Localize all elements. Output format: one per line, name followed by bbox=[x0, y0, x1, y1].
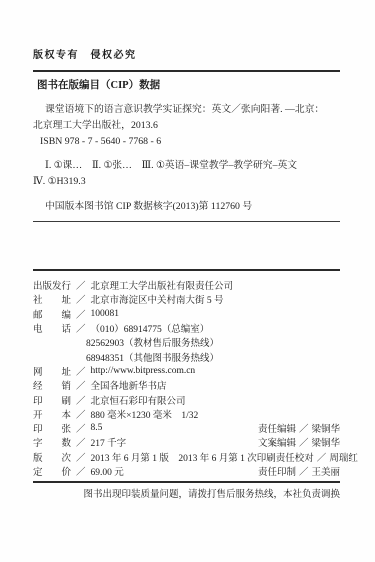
row-label: 定 价 bbox=[33, 464, 73, 478]
row-value: http://www.bitpress.com.cn bbox=[91, 366, 196, 376]
row-separator: ／ bbox=[76, 393, 86, 407]
row-separator: ／ bbox=[76, 278, 86, 292]
cip-record-number: 中国版本图书馆 CIP 数据核字(2013)第 112760 号 bbox=[45, 199, 340, 215]
classification-line-1: Ⅰ. ①课… Ⅱ. ①张… Ⅲ. ①英语–课堂教学–教学研究–英文 bbox=[45, 158, 340, 174]
isbn-line: ISBN 978 - 7 - 5640 - 7768 - 6 bbox=[40, 134, 340, 150]
row-separator: ／ bbox=[76, 364, 86, 378]
staff-role: 责任校对 bbox=[276, 450, 314, 464]
cip-title-line-2: 北京理工大学出版社，2013.6 bbox=[33, 118, 340, 134]
row-label: 经 销 bbox=[33, 378, 73, 392]
cip-title-paragraph: 课堂语境下的语言意识教学实证探究：英文／张向阳著. —北京： 北京理工大学出版社… bbox=[33, 102, 340, 150]
staff-entry-proofreader: 责任校对 ／ 周瑞红 bbox=[276, 450, 358, 464]
publisher-row-price: 定 价 ／ 69.00 元 责任印制 ／ 王美丽 bbox=[33, 464, 340, 478]
row-label: 印 张 bbox=[33, 421, 73, 435]
cip-block: 课堂语境下的语言意识教学实证探究：英文／张向阳著. —北京： 北京理工大学出版社… bbox=[33, 102, 340, 215]
row-value: 8.5 bbox=[91, 423, 103, 433]
row-label: 印 刷 bbox=[33, 393, 73, 407]
publisher-row-address: 社 址 ／ 北京市海淀区中关村南大街 5 号 bbox=[33, 292, 340, 306]
staff-entry-copy-editor: 文案编辑 ／ 梁铜华 bbox=[258, 435, 340, 449]
row-label: 电 话 bbox=[33, 321, 73, 335]
staff-separator: ／ bbox=[299, 464, 309, 478]
row-value: 100081 bbox=[91, 309, 120, 319]
divider-publisher-top bbox=[33, 269, 340, 271]
row-value: 68948351（其他图书服务热线） bbox=[86, 350, 219, 364]
row-separator: ／ bbox=[76, 421, 86, 435]
publisher-row-phone: 电 话 ／ （010）68914775（总编室） bbox=[33, 321, 340, 335]
quality-note: 图书出现印装质量问题，请拨打售后服务热线，本社负责调换 bbox=[33, 488, 340, 502]
staff-role: 文案编辑 bbox=[258, 435, 296, 449]
publisher-row-sheets: 印 张 ／ 8.5 责任编辑 ／ 梁铜华 bbox=[33, 421, 340, 435]
staff-entry-editor: 责任编辑 ／ 梁铜华 bbox=[258, 421, 340, 435]
row-value: 880 毫米×1230 毫米 1/32 bbox=[91, 407, 199, 421]
publisher-row-website: 网 址 ／ http://www.bitpress.com.cn bbox=[33, 364, 340, 378]
publisher-row-phone-2: 82562903（教材售后服务热线） bbox=[33, 335, 340, 349]
row-label: 开 本 bbox=[33, 407, 73, 421]
row-value: 217 千字 bbox=[91, 435, 127, 449]
publisher-info-list: 出版发行 ／ 北京理工大学出版社有限责任公司 社 址 ／ 北京市海淀区中关村南大… bbox=[33, 278, 340, 478]
classification-line-2: Ⅳ. ①H319.3 bbox=[33, 174, 340, 190]
cip-classification-paragraph: Ⅰ. ①课… Ⅱ. ①张… Ⅲ. ①英语–课堂教学–教学研究–英文 Ⅳ. ①H3… bbox=[33, 158, 340, 190]
publisher-row-printing: 印 刷 ／ 北京恒石彩印有限公司 bbox=[33, 392, 340, 406]
row-label: 网 址 bbox=[33, 364, 73, 378]
divider-footer bbox=[33, 481, 340, 483]
row-label: 版 次 bbox=[33, 450, 73, 464]
row-separator: ／ bbox=[76, 292, 86, 306]
publisher-row-format: 开 本 ／ 880 毫米×1230 毫米 1/32 bbox=[33, 407, 340, 421]
book-copyright-page: 版权专有 侵权必究 图书在版编目（CIP）数据 课堂语境下的语言意识教学实证探究… bbox=[0, 0, 375, 562]
row-separator: ／ bbox=[76, 464, 86, 478]
divider-top bbox=[33, 70, 340, 72]
staff-role: 责任印制 bbox=[258, 464, 296, 478]
row-value: 北京市海淀区中关村南大街 5 号 bbox=[91, 292, 224, 306]
row-separator: ／ bbox=[76, 450, 86, 464]
row-separator: ／ bbox=[76, 435, 86, 449]
publisher-row-postcode: 邮 编 ／ 100081 bbox=[33, 307, 340, 321]
staff-name: 梁铜华 bbox=[311, 421, 340, 435]
row-value: 2013 年 6 月第 1 版 2013 年 6 月第 1 次印刷 bbox=[91, 450, 276, 464]
row-value: 69.00 元 bbox=[91, 464, 124, 478]
publisher-row-distribution: 经 销 ／ 全国各地新华书店 bbox=[33, 378, 340, 392]
publisher-row-wordcount: 字 数 ／ 217 千字 文案编辑 ／ 梁铜华 bbox=[33, 435, 340, 449]
staff-role: 责任编辑 bbox=[258, 421, 296, 435]
row-value: 82562903（教材售后服务热线） bbox=[86, 335, 219, 349]
staff-name: 梁铜华 bbox=[311, 435, 340, 449]
row-label: 出版发行 bbox=[33, 278, 73, 292]
row-value: 北京理工大学出版社有限责任公司 bbox=[91, 278, 234, 292]
cip-header: 图书在版编目（CIP）数据 bbox=[37, 79, 340, 93]
staff-entry-print-supervisor: 责任印制 ／ 王美丽 bbox=[258, 464, 340, 478]
row-separator: ／ bbox=[76, 407, 86, 421]
row-label: 字 数 bbox=[33, 435, 73, 449]
row-value: 全国各地新华书店 bbox=[91, 378, 167, 392]
staff-name: 周瑞红 bbox=[329, 450, 358, 464]
staff-separator: ／ bbox=[317, 450, 327, 464]
copyright-notice: 版权专有 侵权必究 bbox=[33, 49, 340, 62]
staff-separator: ／ bbox=[299, 435, 309, 449]
staff-separator: ／ bbox=[299, 421, 309, 435]
divider-cip-bottom bbox=[33, 221, 340, 222]
publisher-row-publishing: 出版发行 ／ 北京理工大学出版社有限责任公司 bbox=[33, 278, 340, 292]
cip-title-line-1: 课堂语境下的语言意识教学实证探究：英文／张向阳著. —北京： bbox=[45, 102, 340, 118]
publisher-row-phone-3: 68948351（其他图书服务热线） bbox=[33, 349, 340, 363]
row-separator: ／ bbox=[76, 378, 86, 392]
row-value: （010）68914775（总编室） bbox=[91, 321, 210, 335]
staff-name: 王美丽 bbox=[311, 464, 340, 478]
row-separator: ／ bbox=[76, 321, 86, 335]
row-label: 社 址 bbox=[33, 292, 73, 306]
row-value: 北京恒石彩印有限公司 bbox=[91, 393, 186, 407]
row-separator: ／ bbox=[76, 307, 86, 321]
publisher-row-edition: 版 次 ／ 2013 年 6 月第 1 版 2013 年 6 月第 1 次印刷 … bbox=[33, 450, 340, 464]
row-label: 邮 编 bbox=[33, 307, 73, 321]
